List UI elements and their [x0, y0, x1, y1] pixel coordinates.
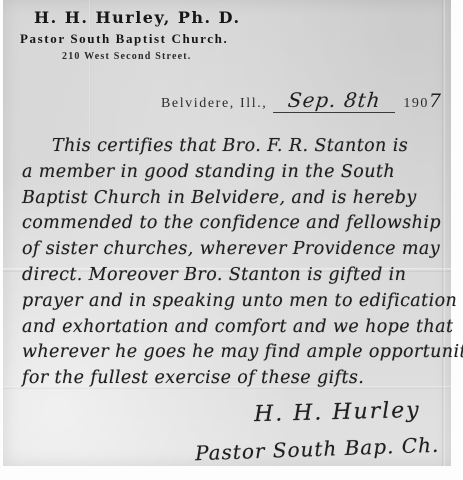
letterhead: H. H. Hurley, Ph. D. Pastor South Baptis…	[20, 8, 241, 62]
dateline-year-prefix: 190	[403, 96, 429, 111]
dateline-written-year-digit: 7	[429, 90, 441, 112]
letterhead-address: 210 West Second Street.	[62, 51, 241, 62]
dateline-rule: Sep. 8th	[273, 88, 395, 113]
body-line: direct. Moreover Bro. Stanton is gifted …	[22, 263, 444, 289]
body-line: of sister churches, wherever Providence …	[22, 237, 444, 263]
body-line: This certifies that Bro. F. R. Stanton i…	[22, 134, 444, 160]
letter-body: This certifies that Bro. F. R. Stanton i…	[22, 134, 444, 392]
body-line: a member in good standing in the South	[22, 160, 444, 186]
dateline-written-date: Sep. 8th	[287, 88, 382, 112]
letterhead-name: H. H. Hurley, Ph. D.	[34, 8, 241, 27]
dateline: Belvidere, Ill., Sep. 8th 1907	[161, 88, 441, 113]
body-line: for the fullest exercise of these gifts.	[22, 366, 444, 392]
body-line: and exhortation and comfort and we hope …	[22, 315, 444, 341]
signature-name: H. H. Hurley	[254, 398, 421, 427]
body-line: wherever he goes he may find ample oppor…	[22, 340, 444, 366]
dateline-place: Belvidere, Ill.,	[161, 96, 267, 111]
body-line: commended to the confidence and fellowsh…	[22, 211, 444, 237]
body-line: Baptist Church in Belvidere, and is here…	[22, 186, 444, 212]
body-line: prayer and in speaking unto men to edifi…	[22, 289, 444, 315]
scan-background: H. H. Hurley, Ph. D. Pastor South Baptis…	[0, 0, 463, 480]
letterhead-title: Pastor South Baptist Church.	[20, 31, 241, 47]
